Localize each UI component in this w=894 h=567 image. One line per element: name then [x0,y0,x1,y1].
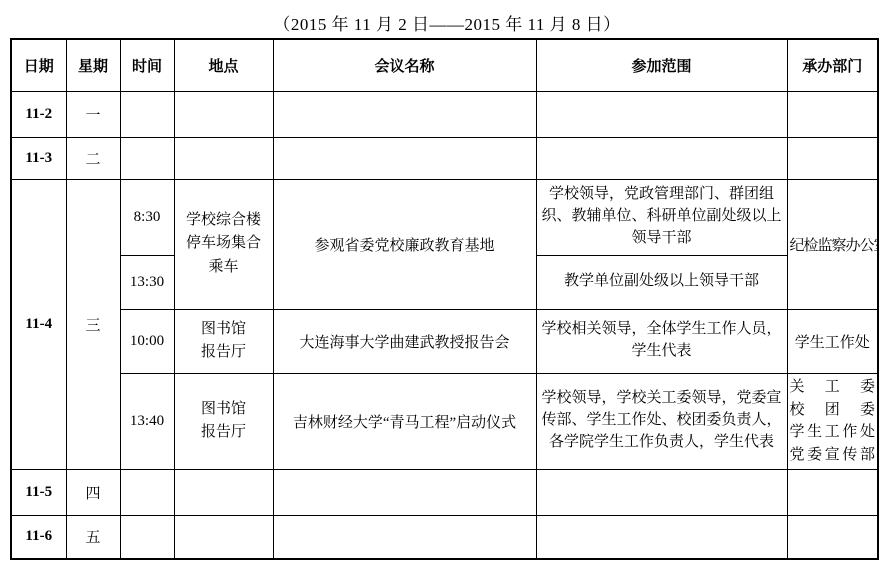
empty-location-cell [174,137,273,179]
schedule-row-11-4-event-830: 11-4 三 8:30 学校综合楼 停车场集合 乘车 参观省委党校廉政教育基地 … [11,179,878,255]
organizer-cell: 纪检监察办公室 [787,179,878,309]
date-cell: 11-4 [11,179,66,469]
weekday-cell: 五 [66,515,120,559]
empty-location-cell [174,469,273,515]
meeting-schedule-document: （2015 年 11 月 2 日——2015 年 11 月 8 日） 日期 星期… [0,0,894,567]
schedule-row-11-5: 11-5 四 [11,469,878,515]
empty-organizer-cell [787,469,878,515]
weekday-cell: 一 [66,91,120,137]
meeting-schedule-table: 日期 星期 时间 地点 会议名称 参加范围 承办部门 11-2 一 11-3 二 [10,38,879,560]
header-row: 日期 星期 时间 地点 会议名称 参加范围 承办部门 [11,39,878,91]
meeting-name-cell: 参观省委党校廉政教育基地 [273,179,536,309]
empty-meeting-cell [273,515,536,559]
empty-meeting-cell [273,91,536,137]
empty-organizer-cell [787,91,878,137]
date-cell: 11-5 [11,469,66,515]
meeting-name-cell: 吉林财经大学“青马工程”启动仪式 [273,373,536,469]
schedule-row-11-3: 11-3 二 [11,137,878,179]
participants-cell: 学校领导，学校关工委领导，党委宣传部、学生工作处、校团委负责人，各学院学生工作负… [536,373,787,469]
participants-cell: 学校相关领导，全体学生工作人员，学生代表 [536,309,787,373]
location-cell: 图书馆 报告厅 [174,373,273,469]
location-line: 报告厅 [177,421,271,444]
empty-time-cell [120,515,174,559]
location-line: 乘车 [177,256,271,279]
weekday-cell: 二 [66,137,120,179]
meeting-name-cell: 大连海事大学曲建武教授报告会 [273,309,536,373]
date-cell: 11-6 [11,515,66,559]
time-cell: 8:30 [120,179,174,255]
empty-participants-cell [536,91,787,137]
empty-meeting-cell [273,137,536,179]
organizer-line: 党委宣传部 [790,444,876,467]
empty-organizer-cell [787,515,878,559]
empty-location-cell [174,91,273,137]
time-cell: 13:30 [120,255,174,309]
participants-cell: 学校领导，党政管理部门、群团组织、教辅单位、科研单位副处级以上领导干部 [536,179,787,255]
location-line: 报告厅 [177,341,271,364]
location-line: 图书馆 [177,398,271,421]
column-header-meeting-name: 会议名称 [273,39,536,91]
location-line: 停车场集合 [177,232,271,255]
schedule-row-11-2: 11-2 一 [11,91,878,137]
empty-participants-cell [536,515,787,559]
weekday-cell: 三 [66,179,120,469]
weekday-cell: 四 [66,469,120,515]
time-cell: 10:00 [120,309,174,373]
empty-participants-cell [536,137,787,179]
organizer-line: 学生工作处 [790,421,876,444]
participants-cell: 教学单位副处级以上领导干部 [536,255,787,309]
location-cell: 学校综合楼 停车场集合 乘车 [174,179,273,309]
date-range-title: （2015 年 11 月 2 日——2015 年 11 月 8 日） [0,0,894,38]
organizer-line: 校团委 [790,399,876,422]
schedule-row-11-4-event-1000: 10:00 图书馆 报告厅 大连海事大学曲建武教授报告会 学校相关领导，全体学生… [11,309,878,373]
location-line: 学校综合楼 [177,209,271,232]
column-header-location: 地点 [174,39,273,91]
column-header-participants: 参加范围 [536,39,787,91]
location-cell: 图书馆 报告厅 [174,309,273,373]
empty-location-cell [174,515,273,559]
empty-organizer-cell [787,137,878,179]
column-header-date: 日期 [11,39,66,91]
schedule-row-11-6: 11-6 五 [11,515,878,559]
empty-time-cell [120,469,174,515]
organizer-cell: 学生工作处 [787,309,878,373]
empty-time-cell [120,91,174,137]
empty-time-cell [120,137,174,179]
column-header-time: 时间 [120,39,174,91]
organizer-line: 关工委 [790,376,876,399]
date-cell: 11-3 [11,137,66,179]
location-line: 图书馆 [177,318,271,341]
date-cell: 11-2 [11,91,66,137]
empty-meeting-cell [273,469,536,515]
empty-participants-cell [536,469,787,515]
time-cell: 13:40 [120,373,174,469]
column-header-organizer: 承办部门 [787,39,878,91]
column-header-weekday: 星期 [66,39,120,91]
schedule-row-11-4-event-1340: 13:40 图书馆 报告厅 吉林财经大学“青马工程”启动仪式 学校领导，学校关工… [11,373,878,469]
organizer-cell: 关工委 校团委 学生工作处 党委宣传部 [787,373,878,469]
